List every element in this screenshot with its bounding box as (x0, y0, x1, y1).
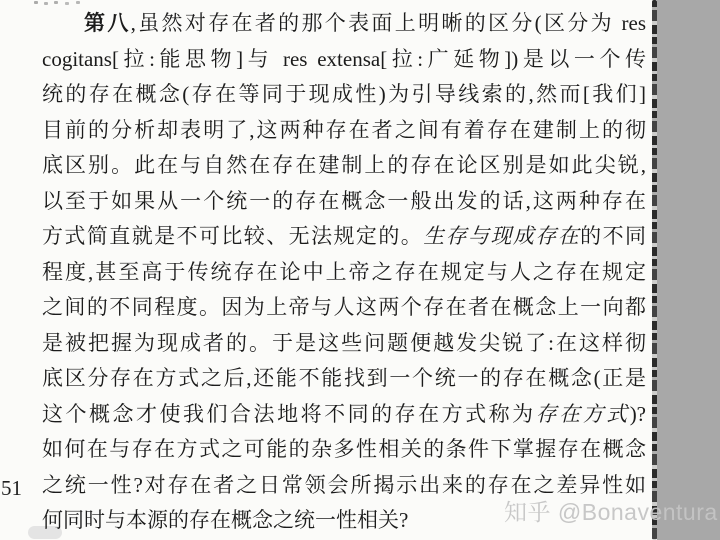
text-line: 是被把握为现成者的。于是这些问题便越发尖锐了:在这样彻 (42, 326, 646, 362)
body-text: 何同时与本源的存在概念之统一性相关? (42, 508, 408, 532)
body-text: 是被把握为现成者的。于是这些问题便越发尖锐了:在这样彻 (42, 331, 646, 355)
body-text: 统的存在概念(存在等同于现成性)为引导线索的,然而[我们] (42, 82, 646, 106)
text-line: 之间的不同程度。因为上帝与人这两个存在者在概念上一向都 (42, 290, 646, 326)
paragraph: 第八,虽然对存在者的那个表面上明晰的区分(区分为 rescogitans[拉:能… (42, 6, 646, 539)
text-line: 方式简直就是不可比较、无法规定的。生存与现成存在的不同 (42, 219, 646, 255)
text-line: 底区分存在方式之后,还能不能找到一个统一的存在概念(正是 (42, 361, 646, 397)
body-text: 方式简直就是不可比较、无法规定的。 (42, 224, 423, 248)
text-line: 第八,虽然对存在者的那个表面上明晰的区分(区分为 res (42, 6, 646, 42)
body-text: ,虽然对存在者的那个表面上明晰的区分(区分为 res (131, 11, 646, 35)
body-text: 的不同 (580, 224, 646, 248)
body-text: 如何在与存在方式之可能的杂多性相关的条件下掌握存在概念 (42, 437, 646, 461)
body-text: 这个概念才使我们合法地将不同的存在方式称为 (42, 402, 536, 426)
emphasized-text: 存在方式 (536, 402, 630, 426)
text-line: 如何在与存在方式之可能的杂多性相关的条件下掌握存在概念 (42, 432, 646, 468)
body-text: 底区别。此在与自然在存在建制上的存在论区别是如此尖锐, (42, 153, 646, 177)
body-text: 之统一性?对存在者之日常领会所揭示出来的存在之差异性如 (42, 473, 646, 497)
top-cutoff-ink-artifact (34, 1, 38, 4)
text-line: 统的存在概念(存在等同于现成性)为引导线索的,然而[我们] (42, 77, 646, 113)
body-text: 目前的分析却表明了,这两种存在者之间有着存在建制上的彻 (42, 118, 646, 142)
book-page-edge-line (652, 0, 657, 540)
body-text: 底区分存在方式之后,还能不能找到一个统一的存在概念(正是 (42, 366, 646, 390)
text-line: 程度,甚至高于传统存在论中上帝之存在规定与人之存在规定 (42, 255, 646, 291)
body-text: 之间的不同程度。因为上帝与人这两个存在者在概念上一向都 (42, 295, 646, 319)
emphasized-text: 生存与现成存在 (423, 224, 580, 248)
scanner-background-band (657, 0, 720, 540)
watermark: 知乎 @Bonaventura (504, 494, 718, 527)
body-text: 程度,甚至高于传统存在论中上帝之存在规定与人之存在规定 (42, 260, 646, 284)
text-line: 目前的分析却表明了,这两种存在者之间有着存在建制上的彻 (42, 113, 646, 149)
text-line: 以至于如果从一个统一的存在概念一般出发的话,这两种存在 (42, 184, 646, 220)
page-number: 51 (1, 476, 22, 501)
emphasized-text: 第八 (84, 12, 131, 35)
body-text: )? (630, 402, 646, 426)
text-line: cogitans[拉:能思物]与 res extensa[拉:广延物])是以一个… (42, 42, 646, 78)
body-text: cogitans[拉:能思物]与 res extensa[拉:广延物])是以一个… (42, 47, 646, 71)
text-line: 这个概念才使我们合法地将不同的存在方式称为存在方式)? (42, 397, 646, 433)
text-line: 底区别。此在与自然在存在建制上的存在论区别是如此尖锐, (42, 148, 646, 184)
body-text: 以至于如果从一个统一的存在概念一般出发的话,这两种存在 (42, 189, 646, 213)
